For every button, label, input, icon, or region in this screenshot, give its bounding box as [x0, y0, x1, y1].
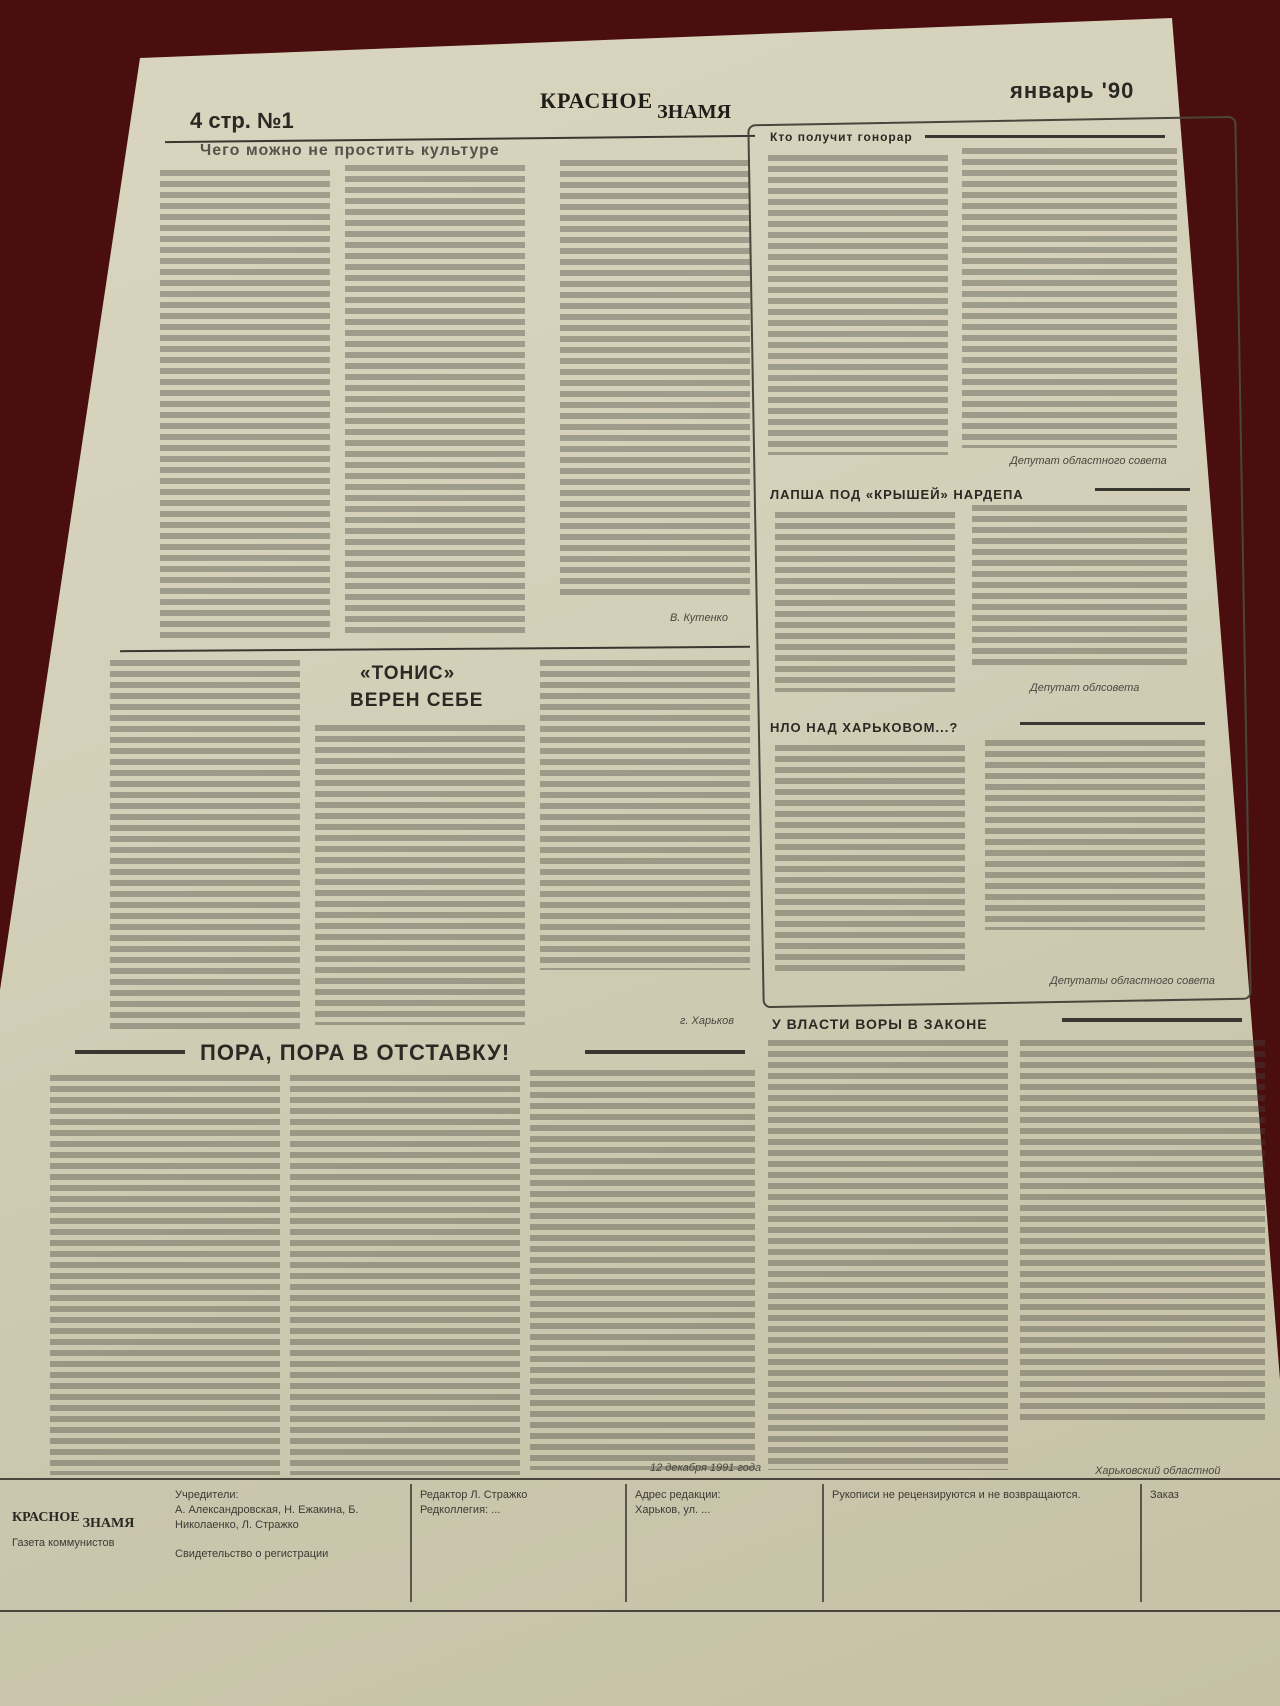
- footer-divider: [822, 1484, 824, 1602]
- footer-masthead-word1: КРАСНОЕ: [12, 1510, 80, 1525]
- headline-rule: [925, 135, 1165, 138]
- footer-masthead-word2: ЗНАМЯ: [83, 1516, 135, 1531]
- footer-editor: Редактор Л. Стражко: [420, 1488, 620, 1503]
- headline-rule: [1020, 722, 1205, 725]
- article-column: [530, 1070, 755, 1470]
- article-signature: Харьковский областной: [1095, 1465, 1221, 1477]
- article-headline-otstavka: ПОРА, ПОРА В ОТСТАВКУ!: [200, 1040, 510, 1066]
- footer-notice: Рукописи не рецензируются и не возвращаю…: [832, 1488, 1132, 1503]
- article-signature: г. Харьков: [680, 1015, 734, 1027]
- article-headline-tonis-line1: «ТОНИС»: [360, 663, 455, 685]
- article-signature: Депутат облсовета: [1030, 682, 1139, 694]
- footer-address: Харьков, ул. ...: [635, 1503, 820, 1518]
- masthead: КРАСНОЕЗНАМЯ: [540, 88, 731, 114]
- masthead-word1: КРАСНОЕ: [540, 88, 653, 113]
- article-headline-top-left: Чего можно не простить культуре: [200, 142, 500, 160]
- footer-order: Заказ: [1150, 1488, 1270, 1503]
- article-headline-nlo: НЛО НАД ХАРЬКОВОМ...?: [770, 720, 958, 735]
- footer-editorial-board: Редколлегия: ...: [420, 1503, 620, 1518]
- article-column: [540, 660, 750, 970]
- article-column: [768, 1040, 1008, 1470]
- article-headline-vory: У ВЛАСТИ ВОРЫ В ЗАКОНЕ: [772, 1016, 988, 1032]
- page-number: 4 стр. №1: [190, 108, 294, 134]
- headline-rule: [1095, 488, 1190, 491]
- article-headline-lapsha: ЛАПША ПОД «КРЫШЕЙ» НАРДЕПА: [770, 487, 1024, 502]
- article-column: [50, 1075, 280, 1475]
- article-column: [1020, 1040, 1265, 1420]
- article-headline-tonis-line2: ВЕРЕН СЕБЕ: [350, 690, 483, 712]
- headline-rule: [75, 1050, 185, 1054]
- footer-divider: [625, 1484, 627, 1602]
- imprint-footer: КРАСНОЕ ЗНАМЯ Газета коммунистов Учредит…: [0, 1478, 1280, 1612]
- article-column: [775, 745, 965, 975]
- article-column: [110, 660, 300, 1030]
- article-headline-top-right: Кто получит гонорар: [770, 130, 913, 144]
- footer-subtitle: Газета коммунистов: [12, 1536, 134, 1551]
- article-column: [972, 505, 1187, 665]
- footer-divider: [410, 1484, 412, 1602]
- article-column: [160, 170, 330, 640]
- article-signature: В. Кутенко: [670, 612, 728, 624]
- headline-rule: [585, 1050, 745, 1054]
- article-signature: Депутат областного совета: [1010, 455, 1167, 467]
- article-column: [315, 725, 525, 1025]
- article-column: [345, 165, 525, 635]
- article-column: [985, 740, 1205, 930]
- issue-date: январь '90: [1010, 78, 1134, 104]
- footer-founders: А. Александровская, Н. Ежакина, Б. Никол…: [175, 1503, 400, 1533]
- masthead-word2: ЗНАМЯ: [657, 101, 731, 123]
- article-signature: Депутаты областного совета: [1050, 975, 1215, 987]
- headline-rule: [1062, 1018, 1242, 1022]
- footer-divider: [1140, 1484, 1142, 1602]
- footer-registration: Свидетельство о регистрации: [175, 1547, 400, 1562]
- footer-address-label: Адрес редакции:: [635, 1488, 820, 1503]
- article-column: [560, 160, 750, 600]
- footer-founders-label: Учредители:: [175, 1488, 400, 1503]
- article-column: [962, 148, 1177, 448]
- article-signature: 12 декабря 1991 года: [650, 1462, 761, 1474]
- article-column: [768, 155, 948, 455]
- article-column: [290, 1075, 520, 1475]
- article-column: [775, 512, 955, 692]
